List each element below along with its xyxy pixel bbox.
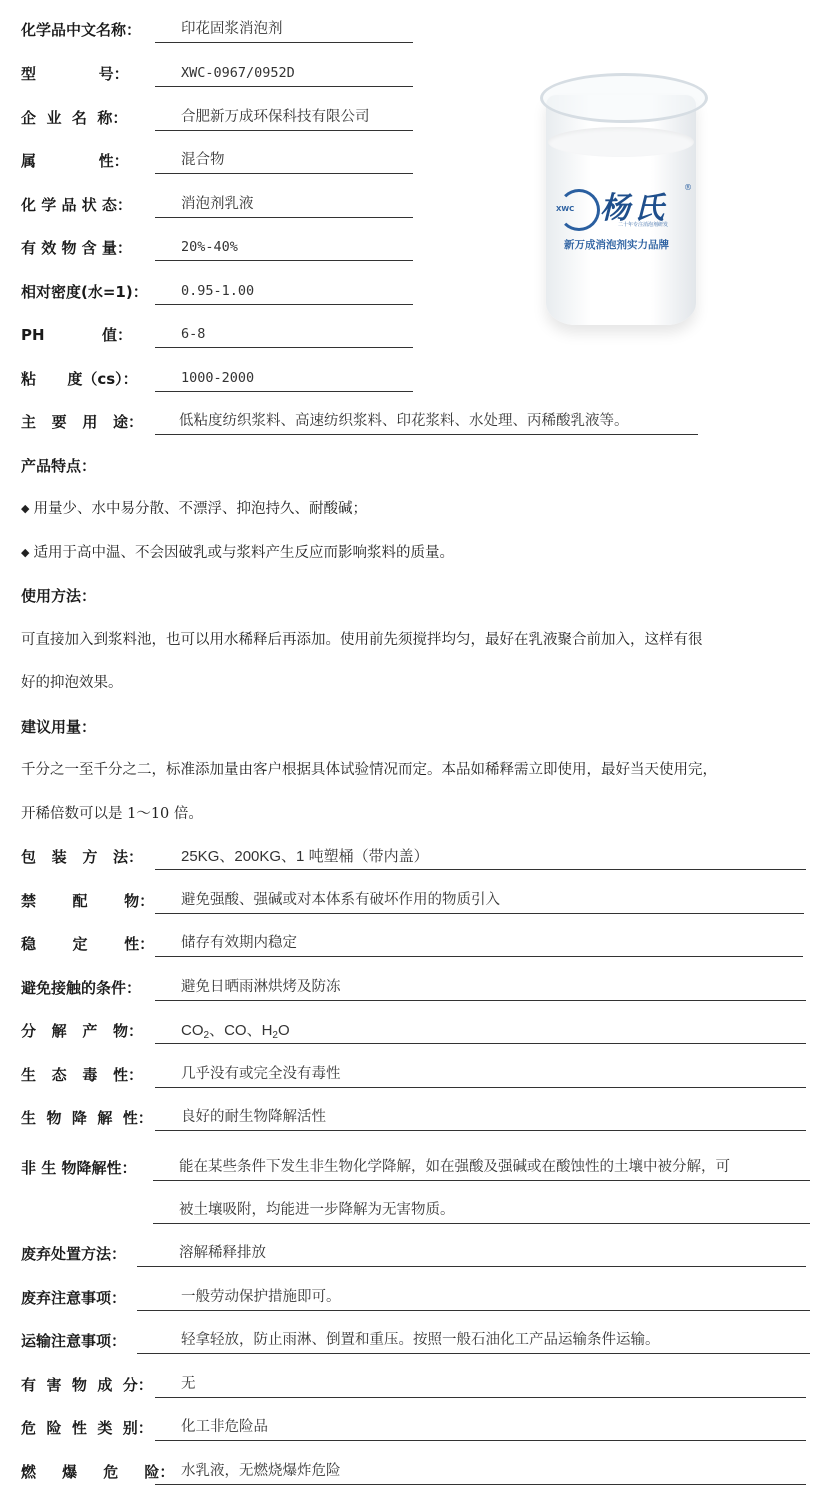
field-value: 被土壤吸附，均能进一步降解为无害物质。 (179, 1199, 455, 1222)
field-value: 0.95-1.00 (181, 280, 254, 303)
field-value: 轻拿轻放，防止雨淋、倒置和重压。按照一般石油化工产品运输条件运输。 (181, 1329, 660, 1352)
field-value: 低粘度纺织浆料、高速纺织浆料、印花浆料、水处理、丙稀酸乳液等。 (179, 410, 629, 433)
brand-subtitle: 二十年专注消泡剂研发 (618, 221, 668, 228)
field-value: 混合物 (181, 149, 225, 172)
field-value: 避免日晒雨淋烘烤及防冻 (181, 976, 341, 999)
logo-xwc-text: XWC (556, 205, 574, 213)
field-label: 危 险 性 类 别： (21, 1416, 153, 1440)
features-heading: 产品特点： (21, 454, 96, 478)
field-value-line: 无 (155, 1373, 806, 1398)
field-packaging: 包 装 方 法： 25KG、200KG、1 吨塑桶（带内盖） (0, 845, 830, 871)
field-value-line: 混合物 (155, 149, 413, 174)
field-value: 消泡剂乳液 (181, 193, 254, 216)
field-value: 无 (181, 1373, 196, 1396)
field-value-line: 25KG、200KG、1 吨塑桶（带内盖） (155, 845, 806, 870)
field-main-use: 主 要 用 途： 低粘度纺织浆料、高速纺织浆料、印花浆料、水处理、丙稀酸乳液等。 (0, 410, 830, 436)
feature-item: 用量少、水中易分散、不漂浮、抑泡持久、耐酸碱； (21, 497, 821, 521)
dosage-text-line: 千分之一至千分之二，标准添加量由客户根据具体试验情况而定。本品如稀释需立即使用，… (21, 758, 821, 782)
field-label: 废弃处置方法： (21, 1242, 126, 1266)
field-value-line: XWC-0967/0952D (155, 62, 413, 87)
field-label: 分 解 产 物： (21, 1019, 143, 1043)
field-hazard-class: 危 险 性 类 别： 化工非危险品 (0, 1416, 830, 1442)
field-decomposition: 分 解 产 物： CO2、CO、H2O (0, 1019, 830, 1045)
field-value-line: 被土壤吸附，均能进一步降解为无害物质。 (153, 1199, 810, 1224)
field-value-line: 水乳液，无燃烧爆炸危险 (155, 1460, 806, 1485)
field-value-line: 一般劳动保护措施即可。 (137, 1286, 810, 1311)
field-value-line: 低粘度纺织浆料、高速纺织浆料、印花浆料、水处理、丙稀酸乳液等。 (155, 410, 698, 435)
field-value-line: 溶解稀释排放 (137, 1242, 806, 1267)
field-value-line: 几乎没有或完全没有毒性 (155, 1063, 806, 1088)
field-value-line: 避免日晒雨淋烘烤及防冻 (155, 976, 806, 1001)
field-label: PH 值： (21, 323, 132, 347)
field-value: 能在某些条件下发生非生物化学降解，如在强酸及强碱或在酸蚀性的土壤中被分解，可 (179, 1156, 730, 1179)
usage-text-line: 好的抑泡效果。 (21, 671, 821, 695)
field-label: 型 号： (21, 62, 129, 86)
field-label: 主 要 用 途： (21, 410, 143, 434)
field-ecotoxicity: 生 态 毒 性： 几乎没有或完全没有毒性 (0, 1063, 830, 1089)
usage-text-line: 可直接加入到浆料池，也可以用水稀释后再添加。使用前先须搅拌均匀，最好在乳液聚合前… (21, 628, 821, 652)
field-label: 化 学 品 状 态： (21, 193, 132, 217)
field-label: 禁 配 物： (21, 889, 154, 913)
field-label: 燃 爆 危 险： (21, 1460, 174, 1484)
field-incompatible: 禁 配 物： 避免强酸、强碱或对本体系有破坏作用的物质引入 (0, 889, 830, 915)
field-biodegradability: 生 物 降 解 性： 良好的耐生物降解活性 (0, 1106, 830, 1132)
product-beaker-image: XWC 杨氏 ® 二十年专注消泡剂研发 新万成消泡剂实力品牌 (528, 55, 718, 345)
field-transport-notes: 运输注意事项： 轻拿轻放，防止雨淋、倒置和重压。按照一般石油化工产品运输条件运输… (0, 1329, 830, 1355)
field-label: 有 害 物 成 分： (21, 1373, 153, 1397)
field-value-line: 20%-40% (155, 236, 413, 261)
field-label: 相对密度(水=1)： (21, 280, 148, 304)
field-value-line: 化工非危险品 (155, 1416, 806, 1441)
field-abiotic-degradation: 非 生 物降解性： 能在某些条件下发生非生物化学降解，如在强酸及强碱或在酸蚀性的… (0, 1156, 830, 1182)
field-value: XWC-0967/0952D (181, 62, 295, 85)
field-value-line: 0.95-1.00 (155, 280, 413, 305)
field-disposal-method: 废弃处置方法： 溶解稀释排放 (0, 1242, 830, 1268)
field-label: 避免接触的条件： (21, 976, 141, 1000)
beaker-rim (540, 73, 708, 123)
field-value: 良好的耐生物降解活性 (181, 1106, 326, 1129)
field-value-line: 轻拿轻放，防止雨淋、倒置和重压。按照一般石油化工产品运输条件运输。 (137, 1329, 810, 1354)
field-value: 化工非危险品 (181, 1416, 268, 1439)
field-value: 一般劳动保护措施即可。 (181, 1286, 341, 1309)
field-value: 6-8 (181, 323, 205, 346)
field-label: 企 业 名 称： (21, 106, 127, 130)
field-value: 避免强酸、强碱或对本体系有破坏作用的物质引入 (181, 889, 500, 912)
registered-mark-icon: ® (684, 183, 692, 192)
feature-item: 适用于高中温、不会因破乳或与浆料产生反应而影响浆料的质量。 (21, 541, 821, 565)
field-value: 25KG、200KG、1 吨塑桶（带内盖） (181, 845, 429, 868)
field-value-line: 避免强酸、强碱或对本体系有破坏作用的物质引入 (155, 889, 804, 914)
brand-slogan: 新万成消泡剂实力品牌 (564, 237, 669, 252)
field-value-line: 6-8 (155, 323, 413, 348)
field-label: 化学品中文名称： (21, 18, 141, 42)
field-label: 运输注意事项： (21, 1329, 126, 1353)
field-label: 粘 度（cs）： (21, 367, 138, 391)
field-label: 有 效 物 含 量： (21, 236, 132, 260)
beaker-liquid-surface (548, 127, 694, 157)
field-value-line: 良好的耐生物降解活性 (155, 1106, 806, 1131)
field-value-line: 1000-2000 (155, 367, 413, 392)
field-value-line: CO2、CO、H2O (155, 1019, 806, 1044)
field-value: 合肥新万成环保科技有限公司 (181, 106, 370, 129)
field-viscosity: 粘 度（cs）： 1000-2000 (0, 367, 830, 393)
field-value-line: 合肥新万成环保科技有限公司 (155, 106, 413, 131)
field-label: 生 态 毒 性： (21, 1063, 143, 1087)
field-chemical-name: 化学品中文名称： 印花固浆消泡剂 (0, 18, 830, 44)
field-value: CO2、CO、H2O (181, 1019, 290, 1047)
field-value: 20%-40% (181, 236, 238, 259)
field-label: 包 装 方 法： (21, 845, 143, 869)
field-value-line: 能在某些条件下发生非生物化学降解，如在强酸及强碱或在酸蚀性的土壤中被分解，可 (153, 1156, 810, 1181)
brand-logo: XWC 杨氏 ® 二十年专注消泡剂研发 新万成消泡剂实力品牌 (556, 183, 696, 253)
field-avoid-conditions: 避免接触的条件： 避免日晒雨淋烘烤及防冻 (0, 976, 830, 1002)
dosage-text-line: 开稀倍数可以是 1～10 倍。 (21, 802, 821, 826)
field-hazardous-components: 有 害 物 成 分： 无 (0, 1373, 830, 1399)
dosage-heading: 建议用量： (21, 715, 96, 739)
field-label: 废弃注意事项： (21, 1286, 126, 1310)
field-value-line: 消泡剂乳液 (155, 193, 413, 218)
field-label: 生 物 降 解 性： (21, 1106, 153, 1130)
field-stability: 稳 定 性： 储存有效期内稳定 (0, 932, 830, 958)
field-value: 几乎没有或完全没有毒性 (181, 1063, 341, 1086)
field-fire-explosion-hazard: 燃 爆 危 险： 水乳液，无燃烧爆炸危险 (0, 1460, 830, 1486)
field-value-line: 印花固浆消泡剂 (155, 18, 413, 43)
field-value-line: 储存有效期内稳定 (155, 932, 803, 957)
field-value: 1000-2000 (181, 367, 254, 390)
usage-heading: 使用方法： (21, 584, 96, 608)
field-label: 属 性： (21, 149, 129, 173)
field-value: 溶解稀释排放 (179, 1242, 266, 1265)
field-label: 非 生 物降解性： (21, 1156, 136, 1180)
field-value: 印花固浆消泡剂 (181, 18, 283, 41)
field-disposal-notes: 废弃注意事项： 一般劳动保护措施即可。 (0, 1286, 830, 1312)
field-abiotic-degradation-cont: 被土壤吸附，均能进一步降解为无害物质。 (0, 1199, 830, 1225)
field-label: 稳 定 性： (21, 932, 154, 956)
field-value: 水乳液，无燃烧爆炸危险 (181, 1460, 341, 1483)
field-value: 储存有效期内稳定 (181, 932, 297, 955)
